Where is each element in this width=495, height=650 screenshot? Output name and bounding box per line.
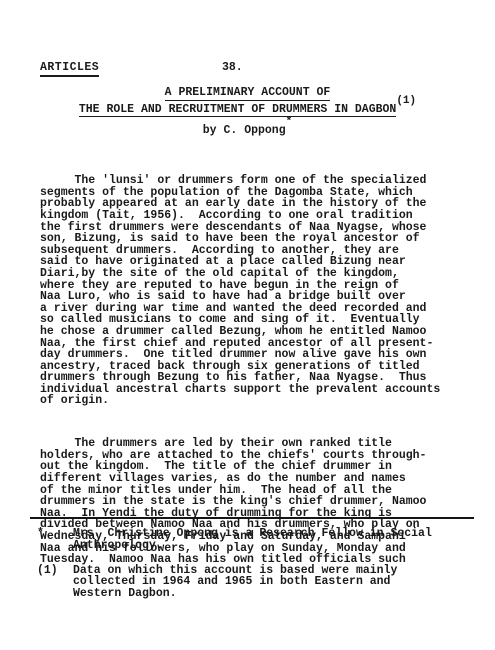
document-page: ARTICLES 38. A PRELIMINARY ACCOUNT OF TH… — [0, 0, 495, 650]
title-line-1: A PRELIMINARY ACCOUNT OF — [0, 86, 495, 99]
footnotes-section: * Mrs. Christine Oppong is a Research Fe… — [37, 528, 432, 600]
title-footnote-ref: (1) — [396, 95, 416, 107]
paragraph-1: The 'lunsi' or drummers form one of the … — [40, 175, 440, 407]
footnote-author: * Mrs. Christine Oppong is a Research Fe… — [37, 528, 432, 552]
footnote-author-marker: * — [37, 528, 73, 540]
page-number: 38. — [222, 61, 243, 74]
article-body: The 'lunsi' or drummers form one of the … — [40, 152, 440, 589]
byline: by C. Oppong* — [0, 120, 495, 137]
title-line-2: THE ROLE AND RECRUITMENT OF DRUMMERS IN … — [0, 99, 495, 116]
byline-text: by C. Oppong — [203, 124, 286, 137]
article-title: A PRELIMINARY ACCOUNT OF THE ROLE AND RE… — [0, 86, 495, 116]
footnote-1: (1) Data on which this account is based … — [37, 565, 432, 600]
footnote-divider — [30, 517, 474, 519]
title-line-2-text: THE ROLE AND RECRUITMENT OF DRUMMERS IN … — [79, 103, 396, 118]
byline-footnote-ref: * — [286, 116, 293, 128]
footnote-1-marker: (1) — [37, 565, 73, 577]
page-header: ARTICLES 38. — [40, 61, 470, 77]
footnote-1-text: Data on which this account is based were… — [73, 565, 397, 600]
section-label: ARTICLES — [40, 61, 99, 77]
footnote-author-text: Mrs. Christine Oppong is a Research Fell… — [73, 528, 432, 552]
